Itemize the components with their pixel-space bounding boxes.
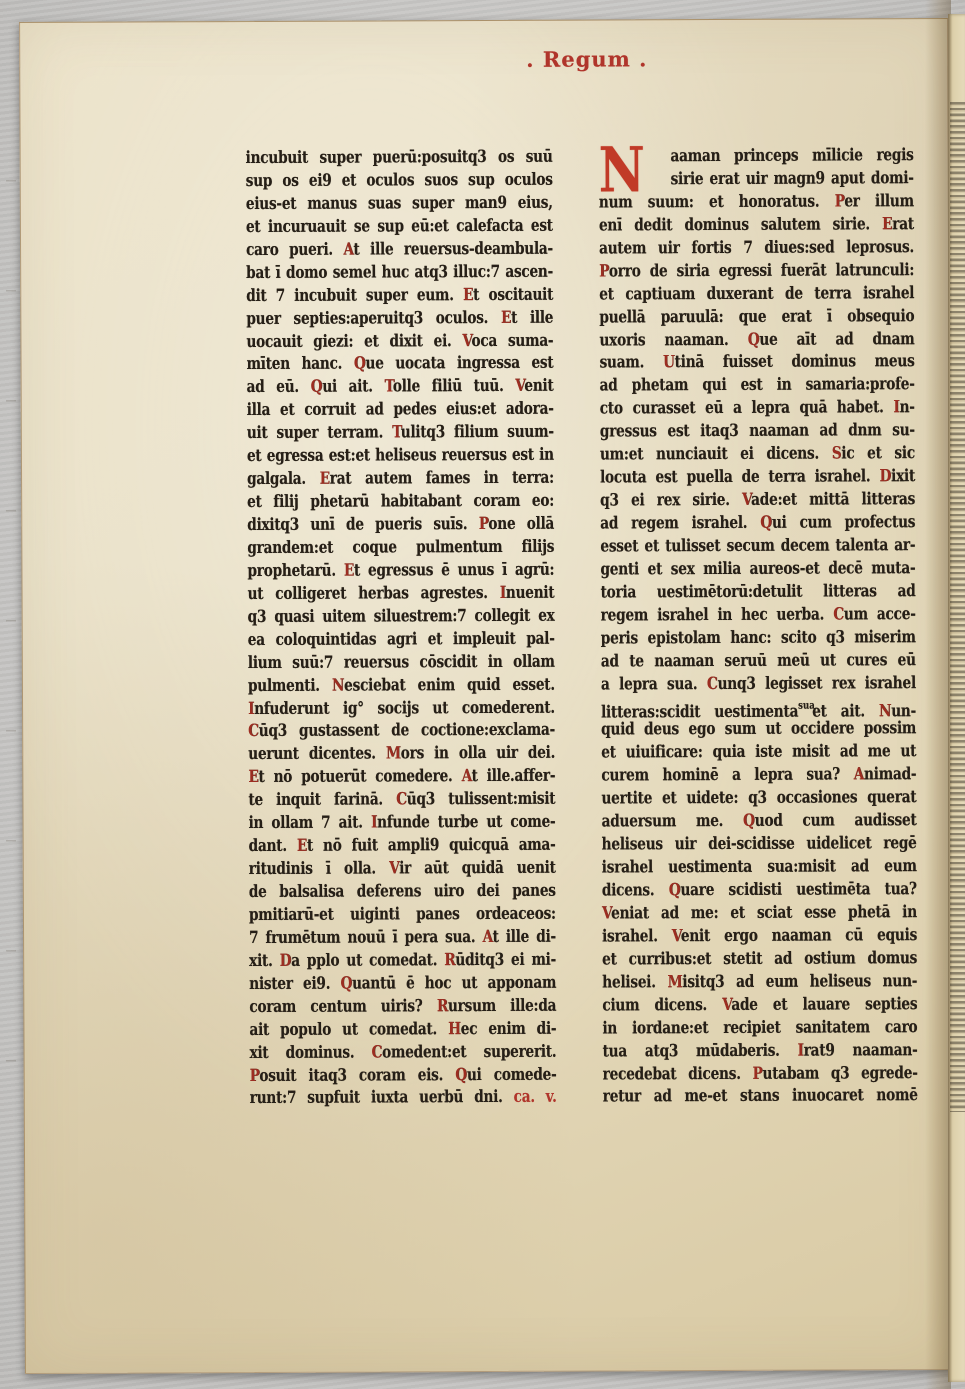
manuscript-page: . Regum . incubuit super puerū:posuitq3 … — [19, 18, 954, 1374]
photograph-backdrop: { "header": { "text": ". Regum ." }, "co… — [0, 0, 965, 1389]
fore-edge-pages — [948, 14, 965, 1382]
rubricated-capital: P — [835, 190, 845, 210]
text-line: et egressa est:et heliseus reuersus est … — [247, 443, 554, 467]
text-line: ait populo ut comedat. Hec enim di- — [249, 1016, 556, 1040]
text-line: Infuderunt ig° socijs ut comederent. — [248, 695, 555, 719]
rubricated-capital: I — [371, 812, 377, 832]
rubricated-capital: I — [893, 397, 899, 417]
text-line: uerunt dicentes. Mors in olla uir dei. — [248, 741, 555, 765]
text-line: regem israhel in hec uerba. Cum acce- — [601, 602, 916, 626]
rubricated-capital: H — [448, 1018, 461, 1038]
text-line: peris epistolam hanc: scito q3 miserim — [601, 625, 916, 649]
rubricated-capital: E — [882, 213, 892, 233]
text-line: Et nō potuerūt comedere. At ille.affer- — [248, 764, 555, 788]
text-line: dicens. Quare scidisti uestimēta tua? — [602, 877, 917, 901]
text-line: uocauit giezi: et dixit ei. Voca suma- — [246, 328, 553, 352]
text-line: aduersum me. Quod cum audisset — [601, 808, 916, 832]
text-line: q3 quasi uitem siluestrem:7 collegit ex — [248, 603, 555, 627]
leaf-edge-specks — [6, 180, 16, 1080]
text-line: et captiuam duxerant de terra israhel — [599, 281, 914, 305]
text-line: retur ad me-et stans inuocaret nomē — [603, 1084, 918, 1108]
rubricated-capital: C — [833, 603, 844, 623]
text-line: dit 7 incubuit super eum. Et oscitauit — [246, 282, 553, 306]
text-line: esset et tulisset secum decem talenta ar… — [600, 533, 915, 557]
chapter-marker: ca. v. — [514, 1086, 557, 1106]
text-line: eius-et manus suas super man9 eius, — [246, 191, 553, 215]
rubricated-capital: U — [663, 352, 675, 372]
text-line: recedebat dicens. Putabam q3 egrede- — [603, 1061, 918, 1085]
text-line: illa et corruit ad pedes eius:et adora- — [247, 397, 554, 421]
text-column-left-inner: incubuit super puerū:posuitq3 os suūsup … — [246, 145, 557, 1110]
rubricated-capital: E — [320, 468, 330, 488]
text-line: xit. Da pplo ut comedat. Rūditq3 ei mi- — [249, 948, 556, 972]
text-line: uxoris naaman. Que aīt ad dnam — [599, 327, 914, 351]
text-line: uertite et uidete: q3 occasiones querat — [601, 785, 916, 809]
text-line: dant. Et nō fuit ampli9 quicquā ama- — [249, 833, 556, 857]
rubricated-capital: Q — [760, 512, 772, 532]
rubricated-capital: I — [248, 698, 254, 718]
text-line: de balsalisa deferens uiro dei panes — [249, 879, 556, 903]
rubricated-capital: V — [602, 902, 611, 922]
text-line: litteras:scidit uestimentasua et ait. Nu… — [601, 694, 916, 718]
rubricated-capital: T — [384, 376, 392, 396]
text-line: locuta est puella de terra israhel. Dixi… — [600, 464, 915, 488]
chapter-initial: N — [599, 145, 668, 197]
rubricated-capital: E — [463, 284, 473, 304]
rubricated-capital: R — [444, 949, 455, 969]
rubricated-capital: V — [742, 489, 751, 509]
text-line: tua atq3 mūdaberis. Irat9 naaman- — [602, 1038, 917, 1062]
text-line: Veniat ad me: et sciat esse phetā in — [602, 900, 917, 924]
text-column-left: incubuit super puerū:posuitq3 os suūsup … — [246, 144, 627, 1109]
rubricated-capital: V — [389, 857, 399, 877]
text-line: sup os ei9 et oculos suos sup oculos — [246, 168, 553, 192]
text-line: genti et sex milia aureos-et decē muta- — [600, 556, 915, 580]
text-line: incubuit super puerū:posuitq3 os suū — [246, 145, 553, 169]
text-line: coram centum uiris? Rursum ille:da — [249, 993, 556, 1017]
text-line: Cūq3 gustassent de coctione:exclama- — [248, 718, 555, 742]
rubricated-capital: Q — [743, 810, 755, 830]
text-line: um:et nunciauit ei dicens. Sic et sic — [600, 441, 915, 465]
rubricated-capital: D — [879, 465, 891, 485]
rubricated-capital: A — [482, 926, 492, 946]
text-line: ad phetam qui est in samaria:profe- — [600, 373, 915, 397]
rubricated-capital: P — [250, 1064, 260, 1084]
rubricated-capital: Q — [311, 376, 323, 396]
text-line: cium dicens. Vade et lauare septies — [602, 992, 917, 1016]
text-line: quid deus ego sum ut occidere possim — [601, 717, 916, 741]
rubricated-capital: R — [437, 995, 448, 1015]
rubricated-capital: E — [501, 306, 511, 326]
text-line: q3 ei rex sirie. Vade:et mittā litteras — [600, 487, 915, 511]
rubricated-capital: C — [707, 673, 718, 693]
text-line: nister ei9. Quantū ē hoc ut apponam — [249, 970, 556, 994]
text-line: te inquit farinā. Cūq3 tulissent:misit — [248, 787, 555, 811]
text-line: lium suū:7 reuersus cōscidit in ollam — [248, 649, 555, 673]
rubricated-capital: M — [667, 971, 682, 991]
fore-edge-showthrough-text — [950, 102, 965, 1112]
text-line: et uiuificare: quia iste misit ad me ut — [601, 740, 916, 764]
rubricated-capital: V — [462, 330, 471, 350]
text-line: puellā paruulā: que erat ī obsequio — [599, 304, 914, 328]
text-line: ea coloquintidas agri et impleuit pal- — [248, 626, 555, 650]
running-header: . Regum . — [526, 46, 656, 72]
rubricated-capital: S — [832, 443, 842, 463]
rubricated-capital: E — [248, 766, 258, 786]
text-line: Porro de siria egressi fuerāt latrunculi… — [599, 258, 914, 282]
text-line: suam. Utinā fuisset dominus meus — [599, 350, 914, 374]
text-line: helisei. Misitq3 ad eum heliseus nun- — [602, 969, 917, 993]
text-line: uit super terram. Tulitq3 filium suum- — [247, 420, 554, 444]
rubricated-capital: A — [343, 238, 353, 258]
text-line: toria uestimētorū:detulit litteras ad — [600, 579, 915, 603]
text-column-right-inner: N aaman princeps mīlicie regissirie erat… — [599, 143, 918, 1108]
text-line: israhel uestimenta sua:misit ad eum — [602, 854, 917, 878]
text-line: ritudinis ī olla. Vir aūt quidā uenit — [249, 856, 556, 880]
text-line: enī dedit dominus salutem sirie. Erat — [599, 212, 914, 236]
text-line: autem uir fortis 7 diues:sed leprosus. — [599, 235, 914, 259]
rubricated-capital: P — [599, 260, 609, 280]
text-line: prophetarū. Et egressus ē unus ī agrū: — [247, 558, 554, 582]
text-line: ad eū. Qui ait. Tolle filiū tuū. Venit — [247, 374, 554, 398]
rubricated-capital: V — [722, 994, 731, 1014]
rubricated-capital: M — [386, 743, 401, 763]
text-line: et curribus:et stetit ad ostium domus — [602, 946, 917, 970]
text-line: ad te naaman seruū meū ut cures eū — [601, 648, 916, 672]
rubricated-capital: T — [392, 422, 401, 442]
text-column-right: N aaman princeps mīlicie regissirie erat… — [599, 143, 965, 1108]
text-line: gressus est itaq3 naaman ad dnm su- — [600, 418, 915, 442]
rubricated-capital: C — [248, 720, 259, 740]
rubricated-capital: I — [797, 1039, 803, 1059]
rubricated-capital: V — [515, 375, 524, 395]
rubricated-capital: Q — [748, 328, 760, 348]
text-line: galgala. Erat autem fames in terra: — [247, 466, 554, 490]
rubricated-capital: N — [332, 674, 344, 694]
text-line: israhel. Venit ergo naaman cū equis — [602, 923, 917, 947]
rubricated-capital: C — [396, 789, 407, 809]
rubricated-capital: Q — [354, 353, 366, 373]
text-line: pmitiarū-et uiginti panes ordeaceos: — [249, 902, 556, 926]
text-line: heliseus uir dei-scidisse uidelicet regē — [602, 831, 917, 855]
text-line: 7 frumētum nouū ī pera sua. At ille di- — [249, 925, 556, 949]
rubricated-capital: Q — [340, 972, 352, 992]
rubricated-capital: P — [479, 513, 489, 533]
text-line: ad regem israhel. Qui cum profectus — [600, 510, 915, 534]
text-line: pulmenti. Nesciebat enim quid esset. — [248, 672, 555, 696]
text-line: dixitq3 unī de pueris suīs. Pone ollā — [247, 512, 554, 536]
rubricated-capital: I — [500, 582, 506, 602]
text-line: et incuruauit se sup eū:et calefacta est — [246, 214, 553, 238]
text-line: xit dominus. Comedent:et supererit. — [250, 1039, 557, 1063]
rubricated-capital: E — [297, 835, 307, 855]
text-line: in ollam 7 ait. Infunde turbe ut come- — [249, 810, 556, 834]
text-line: mīten hanc. Que uocata ingressa est — [246, 351, 553, 375]
rubricated-capital: V — [672, 925, 681, 945]
rubricated-capital: Q — [455, 1064, 467, 1084]
text-line: puer septies:aperuitq3 oculos. Et ille — [246, 305, 553, 329]
text-line: caro pueri. At ille reuersus-deambula- — [246, 236, 553, 260]
text-line: grandem:et coque pulmentum filijs — [247, 535, 554, 559]
text-line: curem hominē a lepra sua? Animad- — [601, 762, 916, 786]
rubricated-capital: A — [461, 765, 471, 785]
rubricated-capital: D — [280, 950, 292, 970]
rubricated-capital: A — [854, 764, 864, 784]
text-line: Posuit itaq3 coram eis. Qui comede- — [250, 1062, 557, 1086]
rubricated-capital: C — [371, 1041, 382, 1061]
text-line: cto curasset eū a lepra quā habet. In- — [600, 395, 915, 419]
text-line: a lepra sua. Cunq3 legisset rex israhel — [601, 671, 916, 695]
rubricated-capital: E — [344, 559, 354, 579]
text-line: bat ī domo semel huc atq3 illuc:7 ascen- — [246, 259, 553, 283]
text-line: in iordane:et recipiet sanitatem caro — [602, 1015, 917, 1039]
text-line: ut colligeret herbas agrestes. Inuenit — [247, 581, 554, 605]
text-line: et filij phetarū habitabant coram eo: — [247, 489, 554, 513]
text-line: runt:7 supfuit iuxta uerbū dni. ca. v. — [250, 1085, 557, 1109]
rubricated-capital: P — [752, 1062, 762, 1082]
rubricated-capital: Q — [669, 879, 681, 899]
